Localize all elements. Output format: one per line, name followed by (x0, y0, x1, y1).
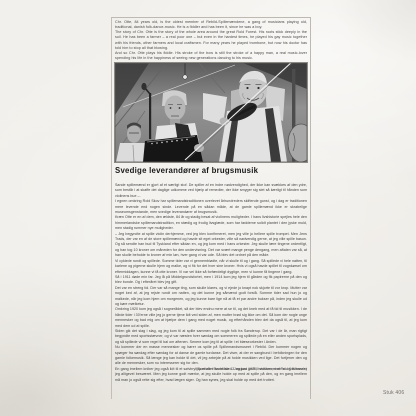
band-photo-illustration (115, 63, 307, 162)
intro-paragraph: And so Chr. Otte plays his fiddle. His s… (115, 51, 307, 61)
article-paragraph: Kræn Otte er en af dem, den ældste, 84 å… (115, 215, 307, 231)
article-paragraph: – Jeg begyndte at spille violin derhjemm… (115, 232, 307, 259)
article-attribution: (Samtale i Ravnkilde 13. august 1975, ne… (115, 367, 307, 371)
article-body: Sande spillemænd er gjort af et særligt … (115, 183, 307, 383)
intro-paragraph: The story of Chr. Otte is the story of t… (115, 30, 307, 51)
hanging-bulb (183, 75, 187, 79)
article-paragraph: Vi cyklede rundt og spillede. Somme tide… (115, 259, 307, 275)
article-paragraph: Siden gik det slag i slag, og jeg kom ti… (115, 329, 307, 345)
article-paragraph: Det var en streng tid. Der var så mange … (115, 286, 307, 308)
article-paragraph: Så i 1911 døde min far. Jeg lå på Middel… (115, 275, 307, 286)
catalog-number: Stuk 406 (383, 390, 404, 396)
article-paragraph: Omkring 1920 kom jeg også i sognerådet, … (115, 307, 307, 329)
article-paragraph: I egnen omkring Rold Skov har spillemand… (115, 199, 307, 215)
article-headline: Svedige leverandører af brugsmusik (115, 166, 307, 176)
band-photo (115, 63, 307, 162)
article-paragraph: Sande spillemænd er gjort af et særligt … (115, 183, 307, 199)
intro-paragraph: Chr. Otte, 84 years old, is the oldest m… (115, 20, 307, 30)
article-paragraph: Nu kommer der en masse mennesker og høre… (115, 345, 307, 367)
english-intro: Chr. Otte, 84 years old, is the oldest m… (115, 20, 307, 61)
